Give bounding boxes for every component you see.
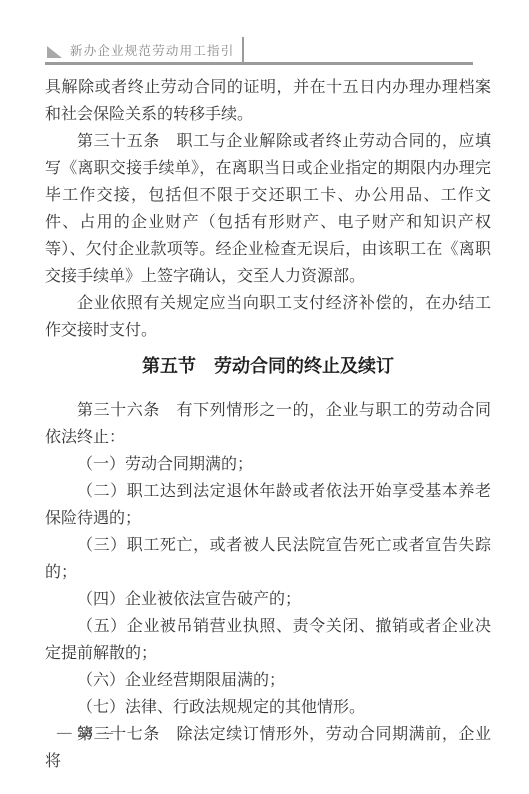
page-footer: — 58 — [57,725,114,742]
paragraph-article-36: 第三十六条 有下列情形之一的，企业与职工的劳动合同依法终止： [45,397,491,451]
list-item-1: （一）劳动合同期满的； [45,451,491,478]
list-item-5: （五）企业被吊销营业执照、责令关闭、撤销或者企业决定提前解散的； [45,613,491,667]
document-page: 新办企业规范劳动用工指引 具解除或者终止劳动合同的证明，并在十五日内办理办理档案… [0,0,529,794]
list-item-6: （六）企业经营期限届满的； [45,667,491,694]
header-vertical-divider [242,37,244,62]
list-item-4: （四）企业被依法宣告破产的； [45,586,491,613]
page-number: — 58 — [57,725,114,741]
paragraph-article-35: 第三十五条 职工与企业解除或者终止劳动合同的，应填写《离职交接手续单》，在离职当… [45,128,491,290]
paragraph-compensation: 企业依照有关规定应当向职工支付经济补偿的，在办结工作交接时支付。 [45,290,491,344]
list-item-2: （二）职工达到法定退休年龄或者依法开始享受基本养老保险待遇的； [45,478,491,532]
section-heading: 第五节 劳动合同的终止及续订 [45,353,491,380]
lower-left-triangle-icon [47,46,62,58]
document-body: 具解除或者终止劳动合同的证明，并在十五日内办理办理档案和社会保险关系的转移手续。… [45,74,491,775]
paragraph-continuation: 具解除或者终止劳动合同的证明，并在十五日内办理办理档案和社会保险关系的转移手续。 [45,74,491,128]
list-item-3: （三）职工死亡，或者被人民法院宣告死亡或者宣告失踪的； [45,532,491,586]
running-header: 新办企业规范劳动用工指引 [45,36,473,65]
list-item-7: （七）法律、行政法规规定的其他情形。 [45,694,491,721]
running-header-title: 新办企业规范劳动用工指引 [70,41,234,62]
